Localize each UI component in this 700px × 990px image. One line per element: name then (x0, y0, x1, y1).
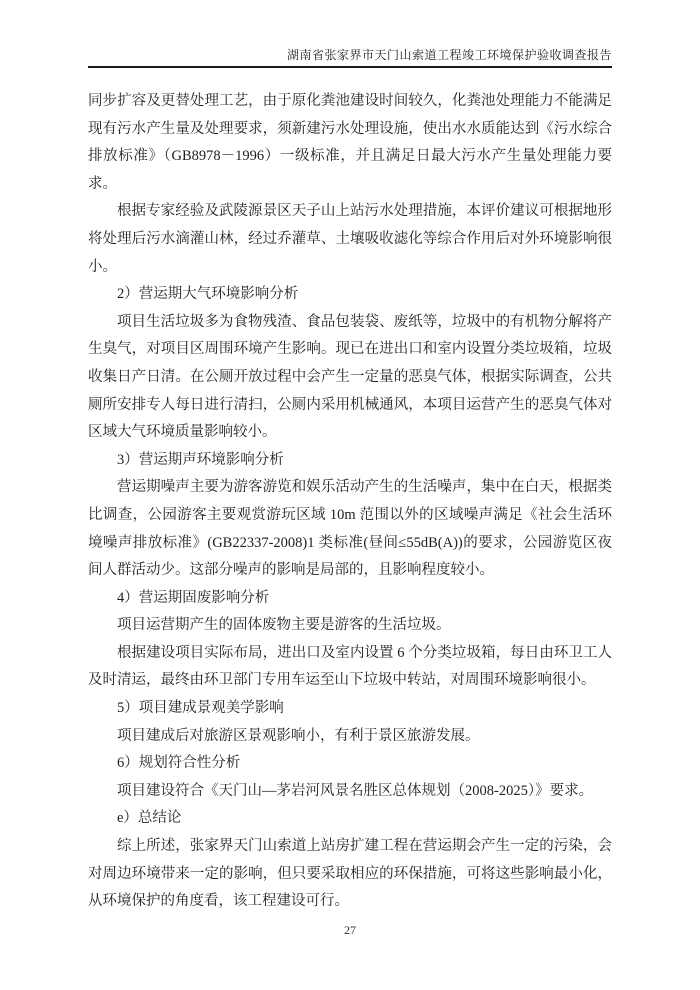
paragraph: 项目生活垃圾多为食物残渣、食品包装袋、废纸等，垃圾中的有机物分解将产生臭气，对项… (88, 309, 612, 447)
page-number: 27 (0, 923, 700, 938)
paragraph: 综上所述，张家界天门山索道上站房扩建工程在营运期会产生一定的污染，会对周边环境带… (88, 833, 612, 916)
paragraph: 项目建设符合《天门山—茅岩河风景名胜区总体规划（2008-2025）》要求。 (88, 778, 612, 806)
paragraph: 根据专家经验及武陵源景区天子山上站污水处理措施，本评价建议可根据地形将处理后污水… (88, 198, 612, 281)
paragraph-heading: e）总结论 (88, 805, 612, 833)
report-page: 湖南省张家界市天门山索道工程竣工环境保护验收调查报告 同步扩容及更替处理工艺，由… (0, 0, 700, 990)
paragraph: 项目建成后对旅游区景观影响小，有利于景区旅游发展。 (88, 723, 612, 751)
page-header-title: 湖南省张家界市天门山索道工程竣工环境保护验收调查报告 (88, 46, 612, 63)
document-body: 同步扩容及更替处理工艺，由于原化粪池建设时间较久，化粪池处理能力不能满足现有污水… (88, 88, 612, 916)
header-rule (88, 66, 612, 68)
paragraph-heading: 3）营运期声环境影响分析 (88, 447, 612, 475)
paragraph: 营运期噪声主要为游客游览和娱乐活动产生的生活噪声，集中在白天，根据类比调查，公园… (88, 474, 612, 584)
paragraph-heading: 5）项目建成景观美学影响 (88, 695, 612, 723)
paragraph-heading: 2）营运期大气环境影响分析 (88, 281, 612, 309)
paragraph: 同步扩容及更替处理工艺，由于原化粪池建设时间较久，化粪池处理能力不能满足现有污水… (88, 88, 612, 198)
paragraph: 项目运营期产生的固体废物主要是游客的生活垃圾。 (88, 612, 612, 640)
paragraph-heading: 6）规划符合性分析 (88, 750, 612, 778)
paragraph: 根据建设项目实际布局，进出口及室内设置 6 个分类垃圾箱，每日由环卫工人及时清运… (88, 640, 612, 695)
paragraph-heading: 4）营运期固废影响分析 (88, 585, 612, 613)
